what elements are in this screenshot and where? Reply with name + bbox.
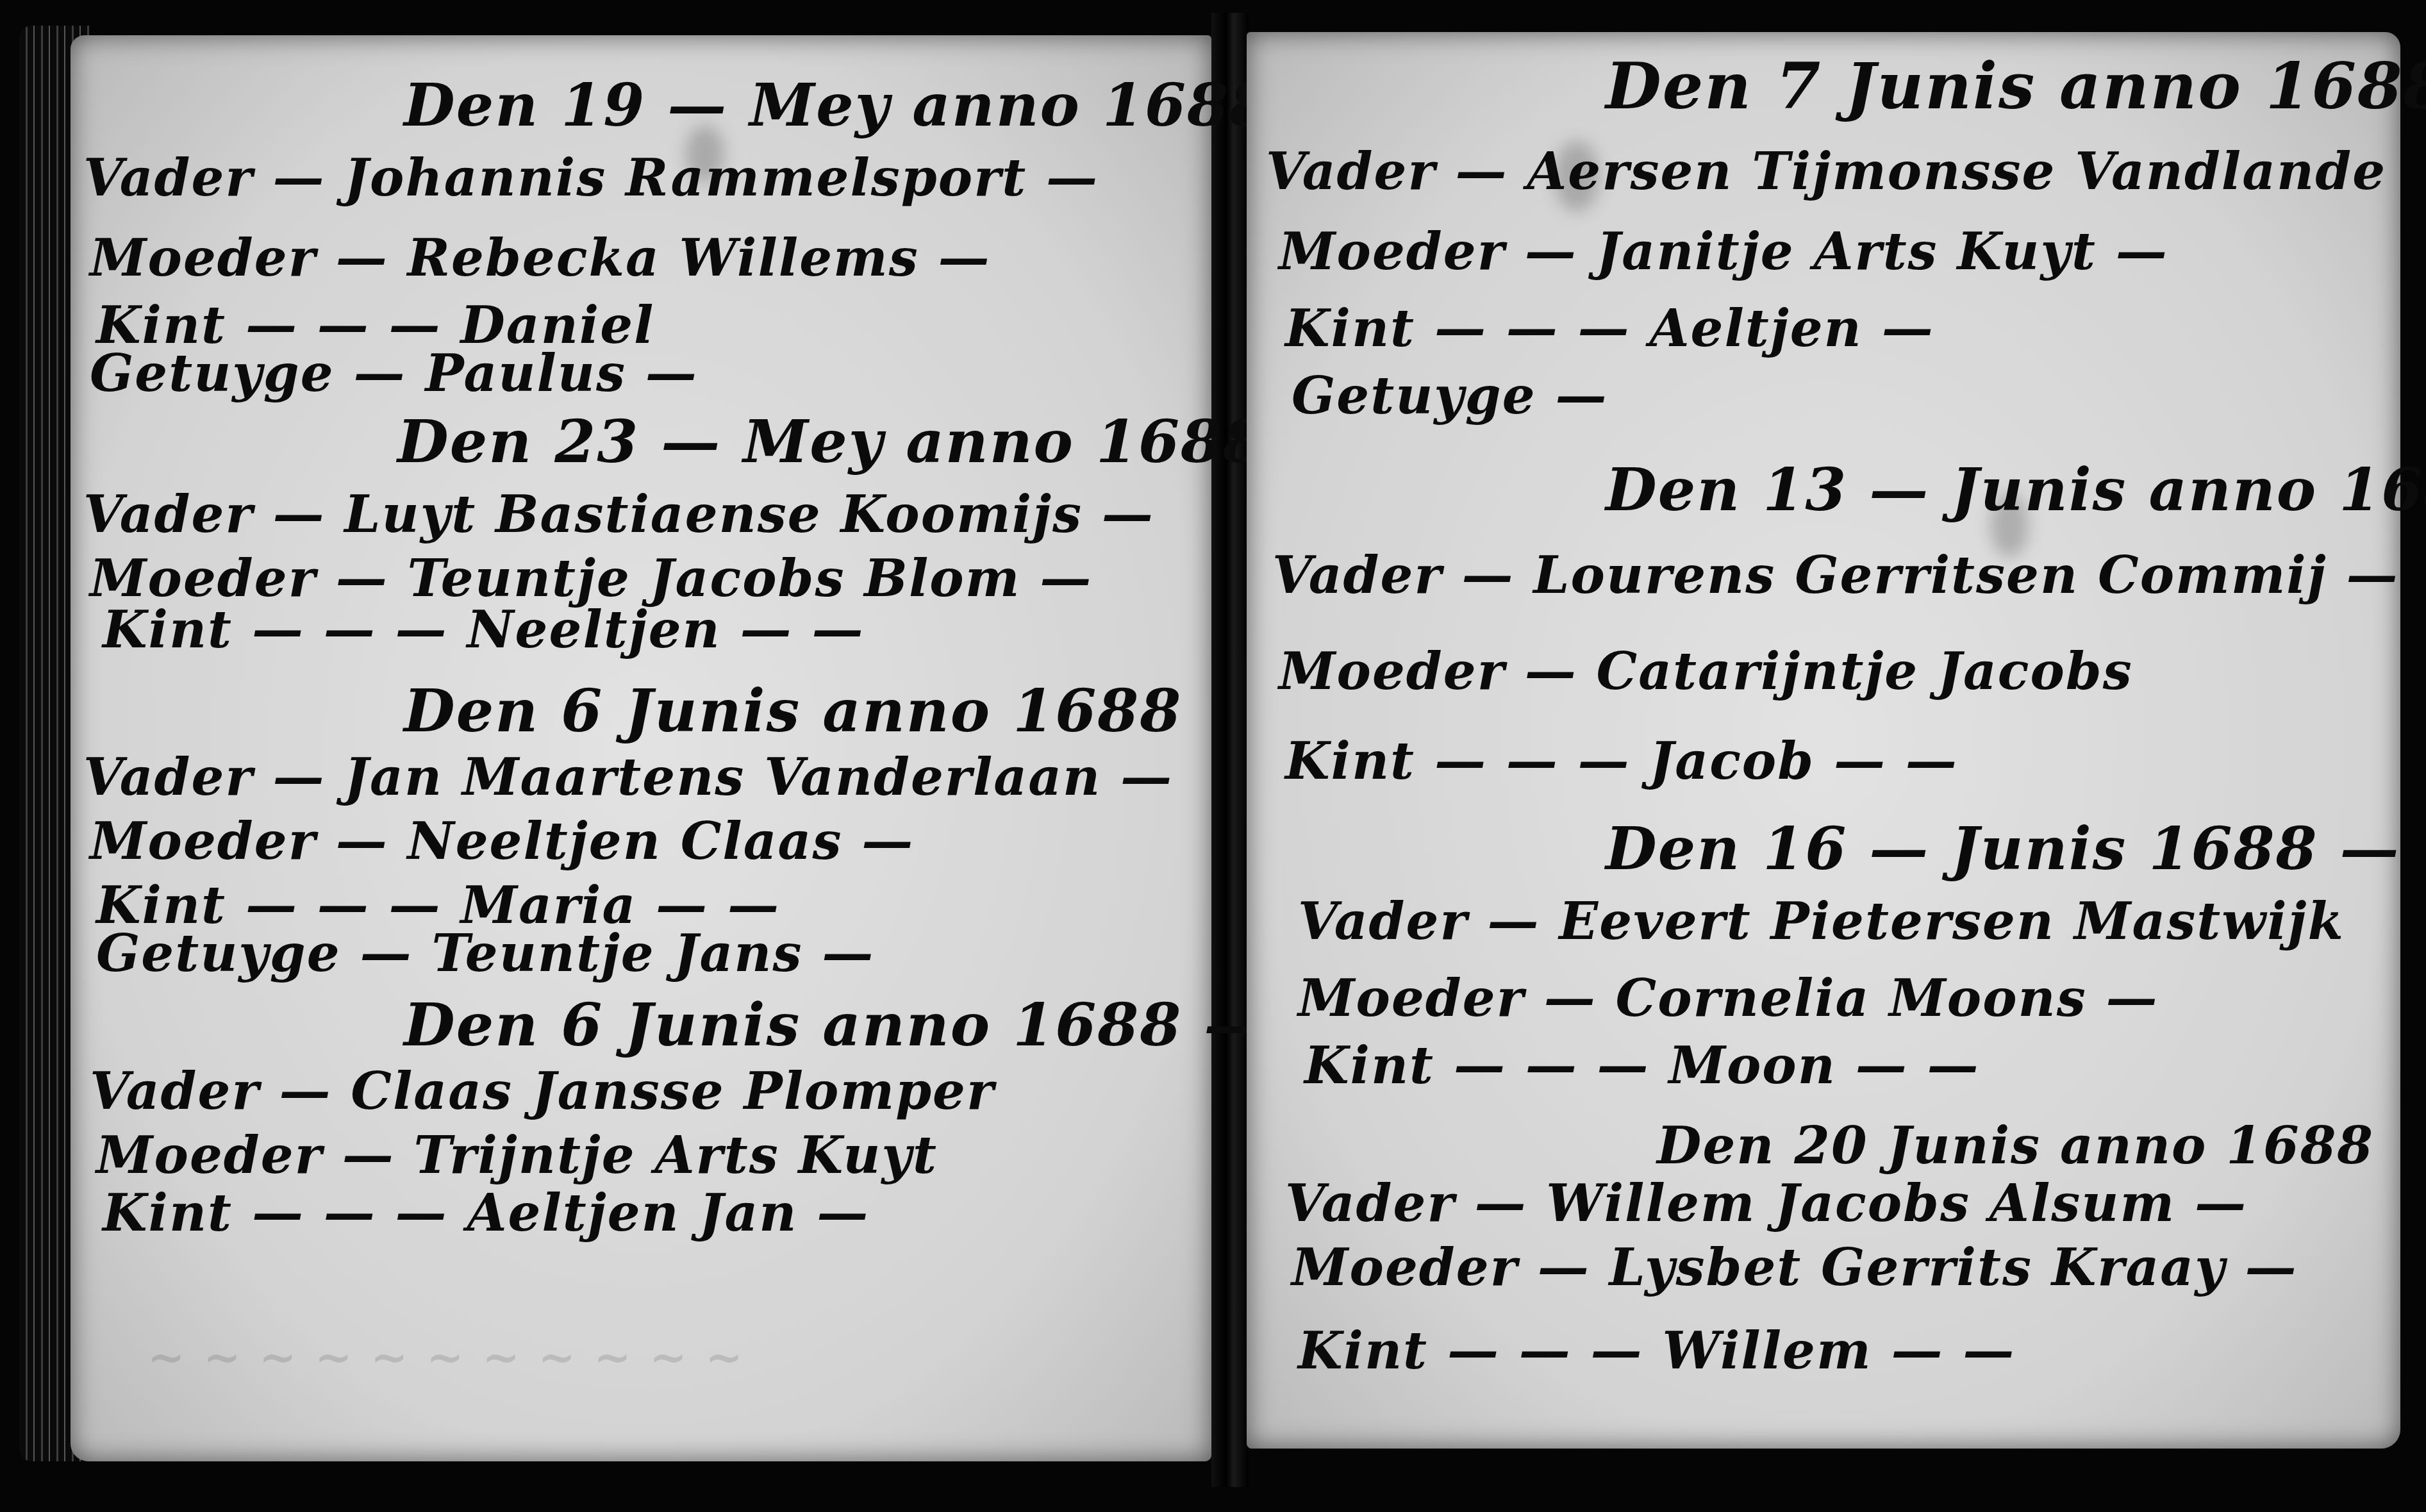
child-line: Kint — — — Neeltjen — — [103,599,864,660]
entry-date: Den 13 — Junis anno 1688 — [1606,455,2426,524]
mother-line: Moeder — Cornelia Moons — [1298,968,2159,1028]
child-line: Kint — — — Jacob — — [1285,731,1958,791]
mother-line: Moeder — Catarijntje Jacobs [1279,641,2133,701]
right-page: Den 7 Junis anno 1688 — Vader — Aersen T… [1247,32,2400,1449]
father-name: Johannis Rammelsport — [344,147,1099,208]
child-label: Kint — [1304,1035,1506,1095]
father-label: Vader — [83,747,325,807]
entry-date: Den 6 Junis anno 1688 — [404,990,1264,1059]
father-name: Claas Jansse Plomper [351,1061,995,1121]
mother-line: Moeder — Trijntje Arts Kuyt [96,1125,938,1185]
left-page: Den 19 — Mey anno 1688 — Vader — Johanni… [71,35,1211,1461]
mother-name: Janitje Arts Kuyt — [1597,221,2168,281]
entry-date: Den 7 Junis anno 1688 — [1606,48,2426,124]
child-name: — — Jacob — — [1506,731,1958,791]
mother-label: Moeder — [90,228,388,288]
mother-label: Moeder — [1279,641,1577,701]
mother-name: Cornelia Moons — [1616,968,2159,1028]
father-label: Vader — [83,147,325,208]
child-line: Kint — — — Aeltjen Jan — [103,1183,869,1243]
father-line: Vader — Willem Jacobs Alsum — [1285,1173,2247,1233]
father-line: Vader — Aersen Tijmonsse Vandlande [1266,141,2386,201]
child-label: Kint — [1285,731,1487,791]
entry-date: Den 19 — Mey anno 1688 — [404,71,1354,140]
child-name: — — Aeltjen — [1506,298,1934,358]
mother-name: Lysbet Gerrits Kraay — [1609,1237,2298,1297]
mother-label: Moeder — [1292,1237,1590,1297]
witness-label: Getuyge — [1292,365,1608,426]
father-name: Lourens Gerritsen Commij — [1533,545,2398,605]
child-label: Kint — [103,1183,304,1243]
father-label: Vader — [83,484,325,544]
father-name: Eevert Pietersen Mastwijk [1559,891,2345,951]
mother-label: Moeder — [90,811,388,871]
child-label: Kint — [1298,1320,1500,1381]
witness-line: Getuyge — [1292,365,1627,426]
witness-name: Teuntje Jans — [431,923,874,983]
mother-name: Rebecka Willems — [408,228,991,288]
father-line: Vader — Luyt Bastiaense Koomijs — [83,484,1154,544]
child-name: — — Aeltjen Jan — [324,1183,870,1243]
child-label: Kint — [103,599,304,660]
mother-label: Moeder — [1298,968,1597,1028]
child-name: — — Willem — — [1519,1320,2016,1381]
child-name: — — Neeltjen — — [324,599,865,660]
entry-date: Den 20 Junis anno 1688 [1657,1115,2374,1176]
mother-line: Moeder — Janitje Arts Kuyt — [1279,221,2168,281]
entry-date: Den 23 — Mey anno 1688 — [397,407,1347,476]
mother-line: Moeder — Rebecka Willems — [90,228,991,288]
father-name: Jan Maartens Vanderlaan — [344,747,1173,807]
father-line: Vader — Claas Jansse Plomper [90,1061,995,1121]
mother-line: Moeder — Lysbet Gerrits Kraay — [1292,1237,2298,1297]
mother-name: Trijntje Arts Kuyt [414,1125,938,1185]
father-line: Vader — Johannis Rammelsport — [83,147,1099,208]
father-label: Vader — [1298,891,1540,951]
witness-label: Getuyge — [90,343,406,403]
child-line: Kint — — — Willem — — [1298,1320,2015,1381]
bleed-through-text: ~ ~ ~ ~ ~ ~ ~ ~ ~ ~ ~ [147,1330,744,1383]
witness-line: Getuyge — Paulus — [90,343,698,403]
witness-name: Paulus — [425,343,697,403]
witness-line: Getuyge — Teuntje Jans — [96,923,874,983]
entry-date: Den 6 Junis anno 1688 [404,676,1182,745]
father-name: Willem Jacobs Alsum — [1546,1173,2247,1233]
father-label: Vader — [90,1061,331,1121]
mother-label: Moeder — [96,1125,395,1185]
child-line: Kint — — — Moon — — [1304,1035,1980,1095]
book-spine [1211,13,1249,1487]
father-label: Vader — [1285,1173,1527,1233]
mother-line: Moeder — Neeltjen Claas — [90,811,914,871]
father-name: Aersen Tijmonsse Vandlande [1527,141,2386,201]
father-label: Vader — [1272,545,1514,605]
mother-label: Moeder — [1279,221,1577,281]
father-line: Vader — Lourens Gerritsen Commij — [1272,545,2398,605]
witness-label: Getuyge — [96,923,413,983]
father-line: Vader — Jan Maartens Vanderlaan — [83,747,1173,807]
father-line: Vader — Eevert Pietersen Mastwijk [1298,891,2345,951]
mother-name: Catarijntje Jacobs [1597,641,2133,701]
mother-name: Neeltjen Claas — [408,811,915,871]
child-label: Kint — [1285,298,1487,358]
child-name: — — Moon — — [1525,1035,1980,1095]
entry-date: Den 16 — Junis 1688 — [1606,814,2400,883]
child-line: Kint — — — Aeltjen — [1285,298,1934,358]
father-name: Luyt Bastiaense Koomijs — [344,484,1154,544]
father-label: Vader — [1266,141,1508,201]
